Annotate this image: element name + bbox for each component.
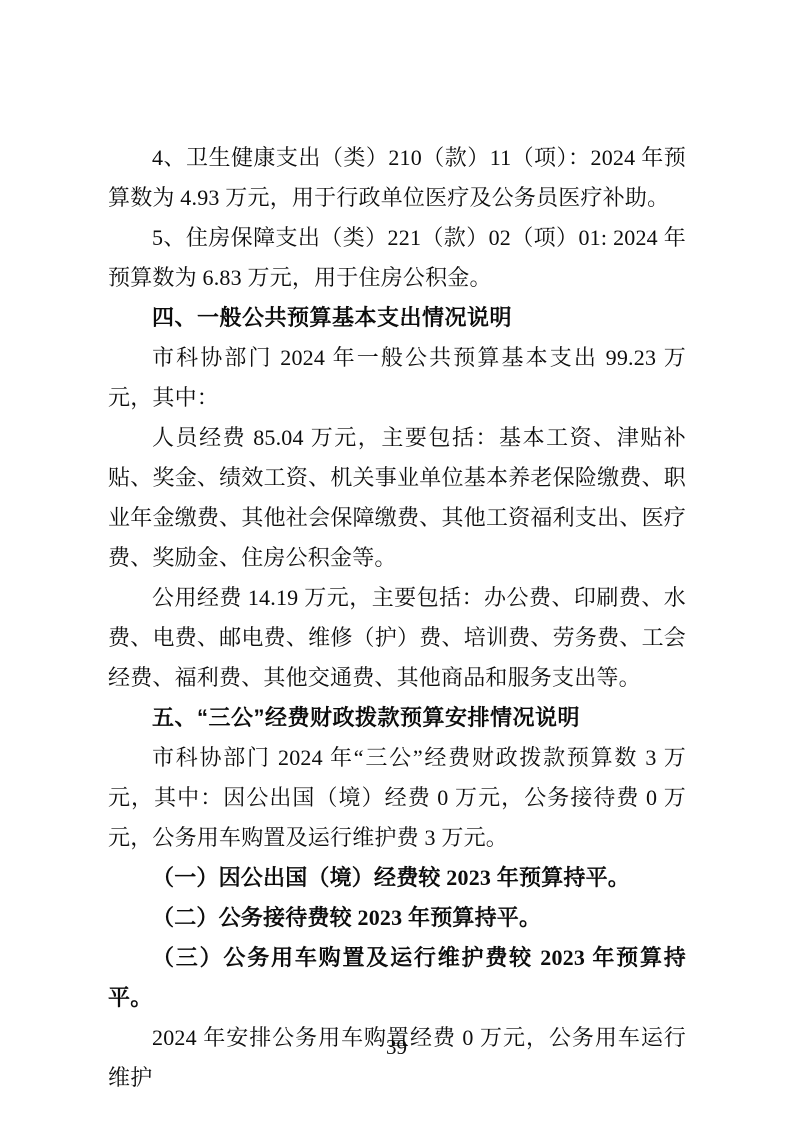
page-number: 39 [0, 1032, 793, 1062]
statement-overseas-travel: （一）因公出国（境）经费较 2023 年预算持平。 [108, 858, 686, 898]
paragraph-public-funds: 公用经费 14.19 万元，主要包括：办公费、印刷费、水费、电费、邮电费、维修（… [108, 578, 686, 698]
document-body: 4、卫生健康支出（类）210（款）11（项）：2024 年预算数为 4.93 万… [108, 138, 686, 1098]
section-heading-three-public: 五、“三公”经费财政拨款预算安排情况说明 [108, 698, 686, 738]
paragraph-personnel-funds: 人员经费 85.04 万元，主要包括：基本工资、津贴补贴、奖金、绩效工资、机关事… [108, 418, 686, 578]
paragraph-basic-expenditure-total: 市科协部门 2024 年一般公共预算基本支出 99.23 万元，其中： [108, 338, 686, 418]
document-page: 4、卫生健康支出（类）210（款）11（项）：2024 年预算数为 4.93 万… [0, 0, 793, 1122]
statement-official-vehicles: （三）公务用车购置及运行维护费较 2023 年预算持平。 [108, 938, 686, 1018]
statement-official-reception: （二）公务接待费较 2023 年预算持平。 [108, 898, 686, 938]
paragraph-three-public-total: 市科协部门 2024 年“三公”经费财政拨款预算数 3 万元，其中：因公出国（境… [108, 738, 686, 858]
paragraph-housing-expenditure: 5、住房保障支出（类）221（款）02（项）01: 2024 年预算数为 6.8… [108, 218, 686, 298]
paragraph-health-expenditure: 4、卫生健康支出（类）210（款）11（项）：2024 年预算数为 4.93 万… [108, 138, 686, 218]
section-heading-basic-expenditure: 四、一般公共预算基本支出情况说明 [108, 298, 686, 338]
